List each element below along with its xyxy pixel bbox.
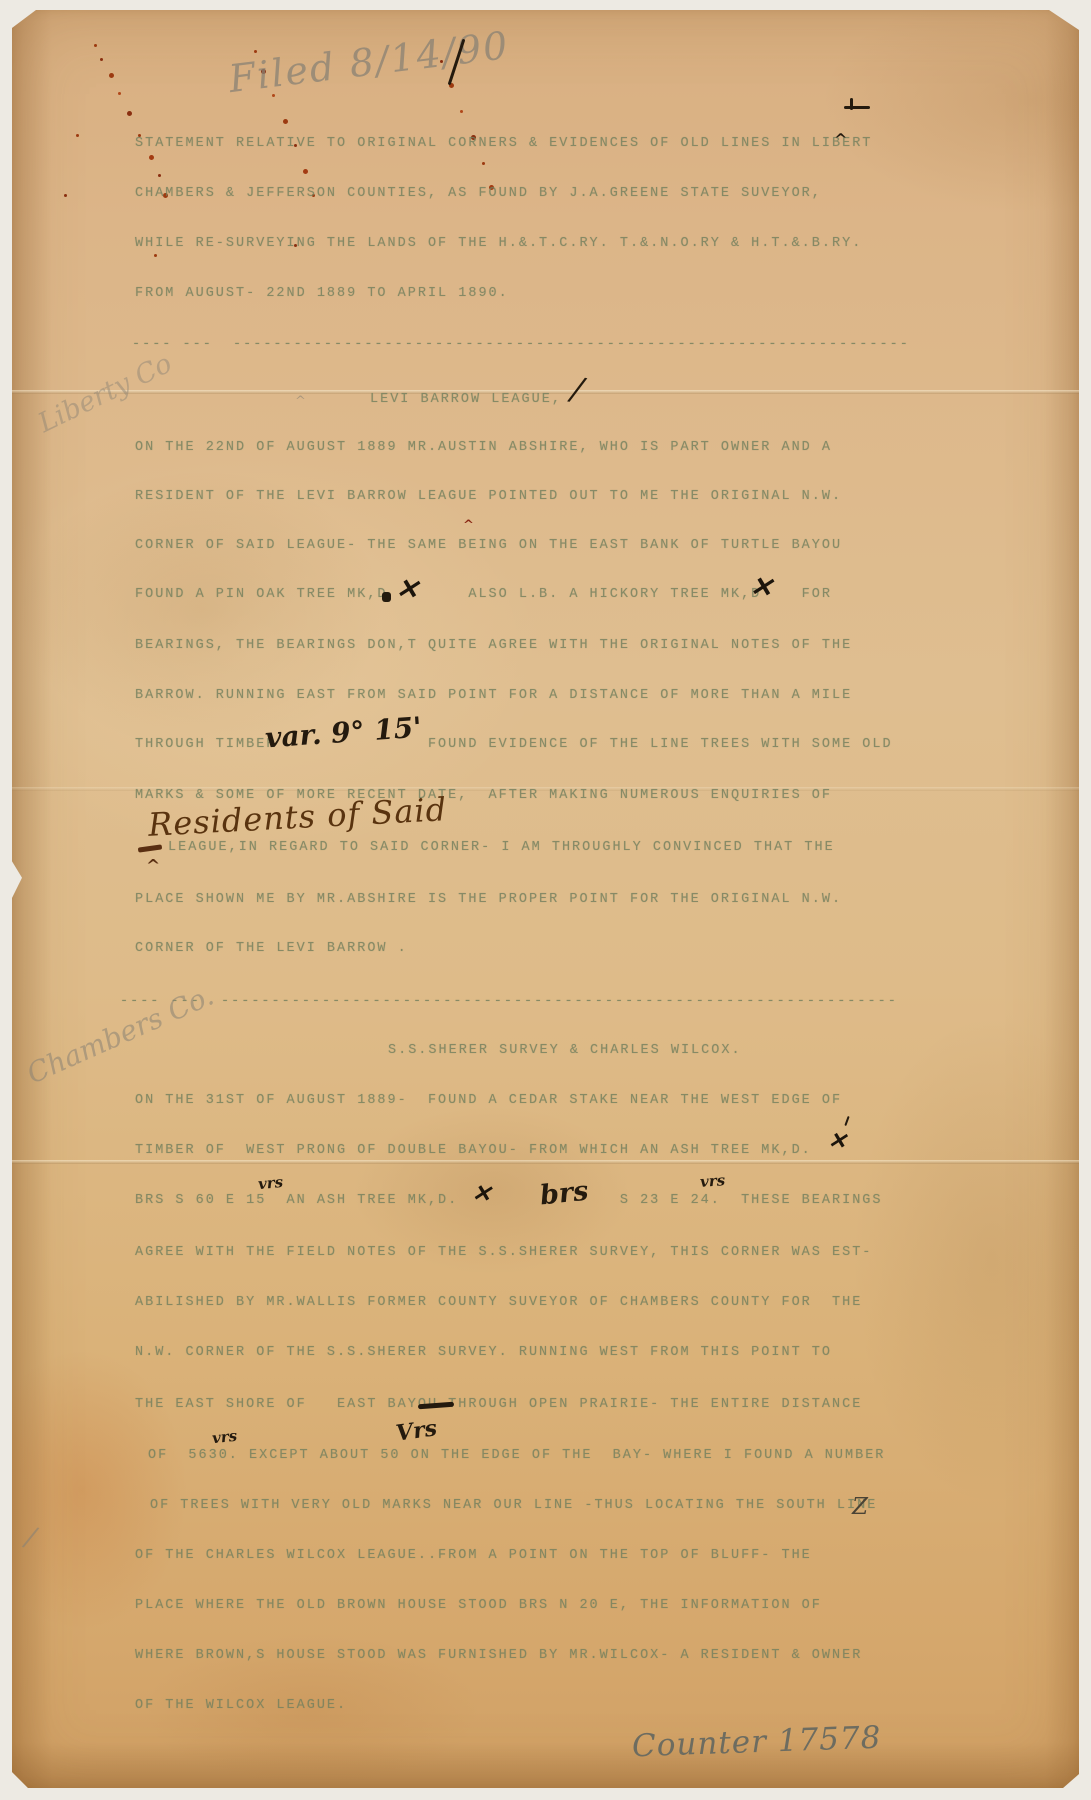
typed-line: OF THE WILCOX LEAGUE.: [135, 1698, 347, 1713]
typed-line: ABILISHED BY MR.WALLIS FORMER COUNTY SUV…: [135, 1295, 862, 1310]
typed-line: ON THE 31ST OF AUGUST 1889- FOUND A CEDA…: [135, 1093, 842, 1108]
page-letter-mark: Z: [852, 1494, 868, 1520]
vrs-note-ink: vrs: [211, 1427, 238, 1448]
ink-caret-mark: ^: [146, 856, 160, 876]
vrs-note-ink: vrs: [699, 1171, 725, 1191]
header-line: CHAMBERS & JEFFERSON COUNTIES, AS FOUND …: [135, 186, 822, 201]
typed-line: N.W. CORNER OF THE S.S.SHERER SURVEY. RU…: [135, 1345, 832, 1360]
typed-line: BARROW. RUNNING EAST FROM SAID POINT FOR…: [135, 688, 852, 703]
typed-line: FOUND A PIN OAK TREE MK,D ALSO L.B. A HI…: [135, 587, 832, 602]
typed-line: PLACE SHOWN ME BY MR.ABSHIRE IS THE PROP…: [135, 892, 842, 907]
vrs-note-ink: vrs: [257, 1173, 284, 1193]
pencil-caret-mark: ^: [295, 394, 306, 409]
typed-line: BRS S 60 E 15 AN ASH TREE MK,D. S 23 E 2…: [135, 1193, 883, 1208]
x-mark-ink: ✕: [471, 1181, 493, 1206]
divider-line: ---- --- -------------------------------…: [132, 337, 910, 352]
typed-line: OF THE CHARLES WILCOX LEAGUE..FROM A POI…: [135, 1548, 812, 1563]
header-line: WHILE RE-SURVEYING THE LANDS OF THE H.&.…: [135, 236, 862, 251]
ink-caret-mark: ^: [834, 130, 847, 149]
typed-line: TIMBER OF WEST PRONG OF DOUBLE BAYOU- FR…: [135, 1143, 812, 1158]
brs-note-ink: brs: [539, 1176, 590, 1212]
typed-line: WHERE BROWN,S HOUSE STOOD WAS FURNISHED …: [135, 1648, 862, 1663]
ink-t-mark: [844, 106, 870, 109]
section-heading: S.S.SHERER SURVEY & CHARLES WILCOX.: [388, 1043, 742, 1058]
typed-line: LEAGUE,IN REGARD TO SAID CORNER- I AM TH…: [168, 840, 835, 855]
typed-line: BEARINGS, THE BEARINGS DON,T QUITE AGREE…: [135, 638, 852, 653]
header-line: STATEMENT RELATIVE TO ORIGINAL CORNERS &…: [135, 136, 872, 151]
typed-line: CORNER OF SAID LEAGUE- THE SAME BEING ON…: [135, 538, 842, 553]
header-line: FROM AUGUST- 22ND 1889 TO APRIL 1890.: [135, 286, 509, 301]
divider-line: ---- --- -------------------------------…: [120, 994, 898, 1009]
typed-line: THE EAST SHORE OF EAST BAYOU THROUGH OPE…: [135, 1397, 862, 1412]
x-mark-ink: ✕: [827, 1129, 848, 1153]
x-mark-ink: ✕: [749, 573, 774, 602]
ink-blot: [382, 592, 391, 602]
typed-line: ON THE 22ND OF AUGUST 1889 MR.AUSTIN ABS…: [135, 440, 832, 455]
typed-line: OF TREES WITH VERY OLD MARKS NEAR OUR LI…: [150, 1498, 877, 1513]
typed-line: AGREE WITH THE FIELD NOTES OF THE S.S.SH…: [135, 1245, 872, 1260]
typed-line: PLACE WHERE THE OLD BROWN HOUSE STOOD BR…: [135, 1598, 822, 1613]
typed-line: THROUGH TIMBER FOUND EVIDENCE OF THE LIN…: [135, 737, 893, 752]
typed-line: OF 5630. EXCEPT ABOUT 50 ON THE EDGE OF …: [148, 1448, 885, 1463]
typed-line: RESIDENT OF THE LEVI BARROW LEAGUE POINT…: [135, 489, 842, 504]
ink-specks: [94, 44, 97, 47]
ink-t-mark: [850, 98, 853, 110]
x-mark-ink: ✕: [395, 575, 420, 604]
section-heading: LEVI BARROW LEAGUE,: [370, 392, 562, 407]
typed-line: CORNER OF THE LEVI BARROW .: [135, 941, 408, 956]
red-caret-mark: ^: [463, 518, 474, 533]
